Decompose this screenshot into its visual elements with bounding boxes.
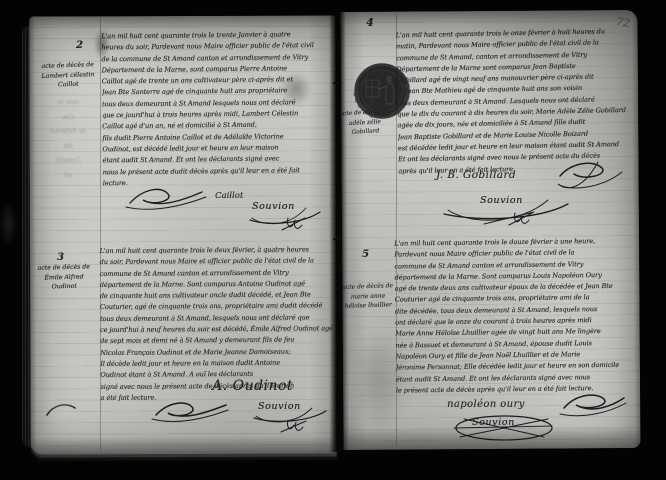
margin-note: acte de décès deÉmile AlfredOudinot [28,263,101,294]
signature-declarant: J. B. Gobillard [436,169,516,181]
act-number: 3 [57,252,64,263]
act-body-text: L'an mil huit cent quarante trois le dou… [394,237,638,398]
margin-note: acte de décès deLambert célestinCaillot [30,61,107,92]
signature-flourish [558,390,628,420]
paraph-icon [278,417,310,435]
signature-flourish [124,185,208,211]
act-number: 4 [366,16,374,29]
gutter-shadow [329,8,345,452]
bleedthrough-text: mon ouCoude TellernalfilsConadinail [36,96,100,183]
act-body-text: L'an mil huit cent quarante trois le tre… [101,30,334,191]
signature-declarant: Caillot [215,191,243,201]
signature-declarant: napoléon oury [447,399,525,410]
official-paraph-oval [452,413,556,443]
signature-flourish [150,399,230,423]
stamp-value: 20 [369,99,375,104]
smudge [46,400,78,426]
act-body-text: L'an mil huit cent quarante trois le onz… [396,27,640,178]
stitch-mark [333,238,342,240]
handwritten-line: de Tellernal [36,125,100,140]
handwritten-line: Cou [36,111,100,126]
handwritten-line: Oudinot [28,282,100,293]
act-number: 2 [76,40,83,51]
signature-declarant: A. Oudinot [212,378,293,394]
paraph-icon [506,210,536,228]
handwritten-line: fils [36,140,100,155]
stitch-mark [333,82,342,84]
handwritten-line: mon ou [36,96,100,111]
smudge [0,200,16,248]
register-scan: mon ouCoude TellernalfilsConadinail 2 ac… [0,0,666,480]
signature-flourish [554,158,626,194]
act-number: 5 [362,249,369,260]
handwritten-line: ail [36,169,100,184]
paraph-icon [279,215,309,233]
handwritten-line: Conadin [36,154,100,169]
